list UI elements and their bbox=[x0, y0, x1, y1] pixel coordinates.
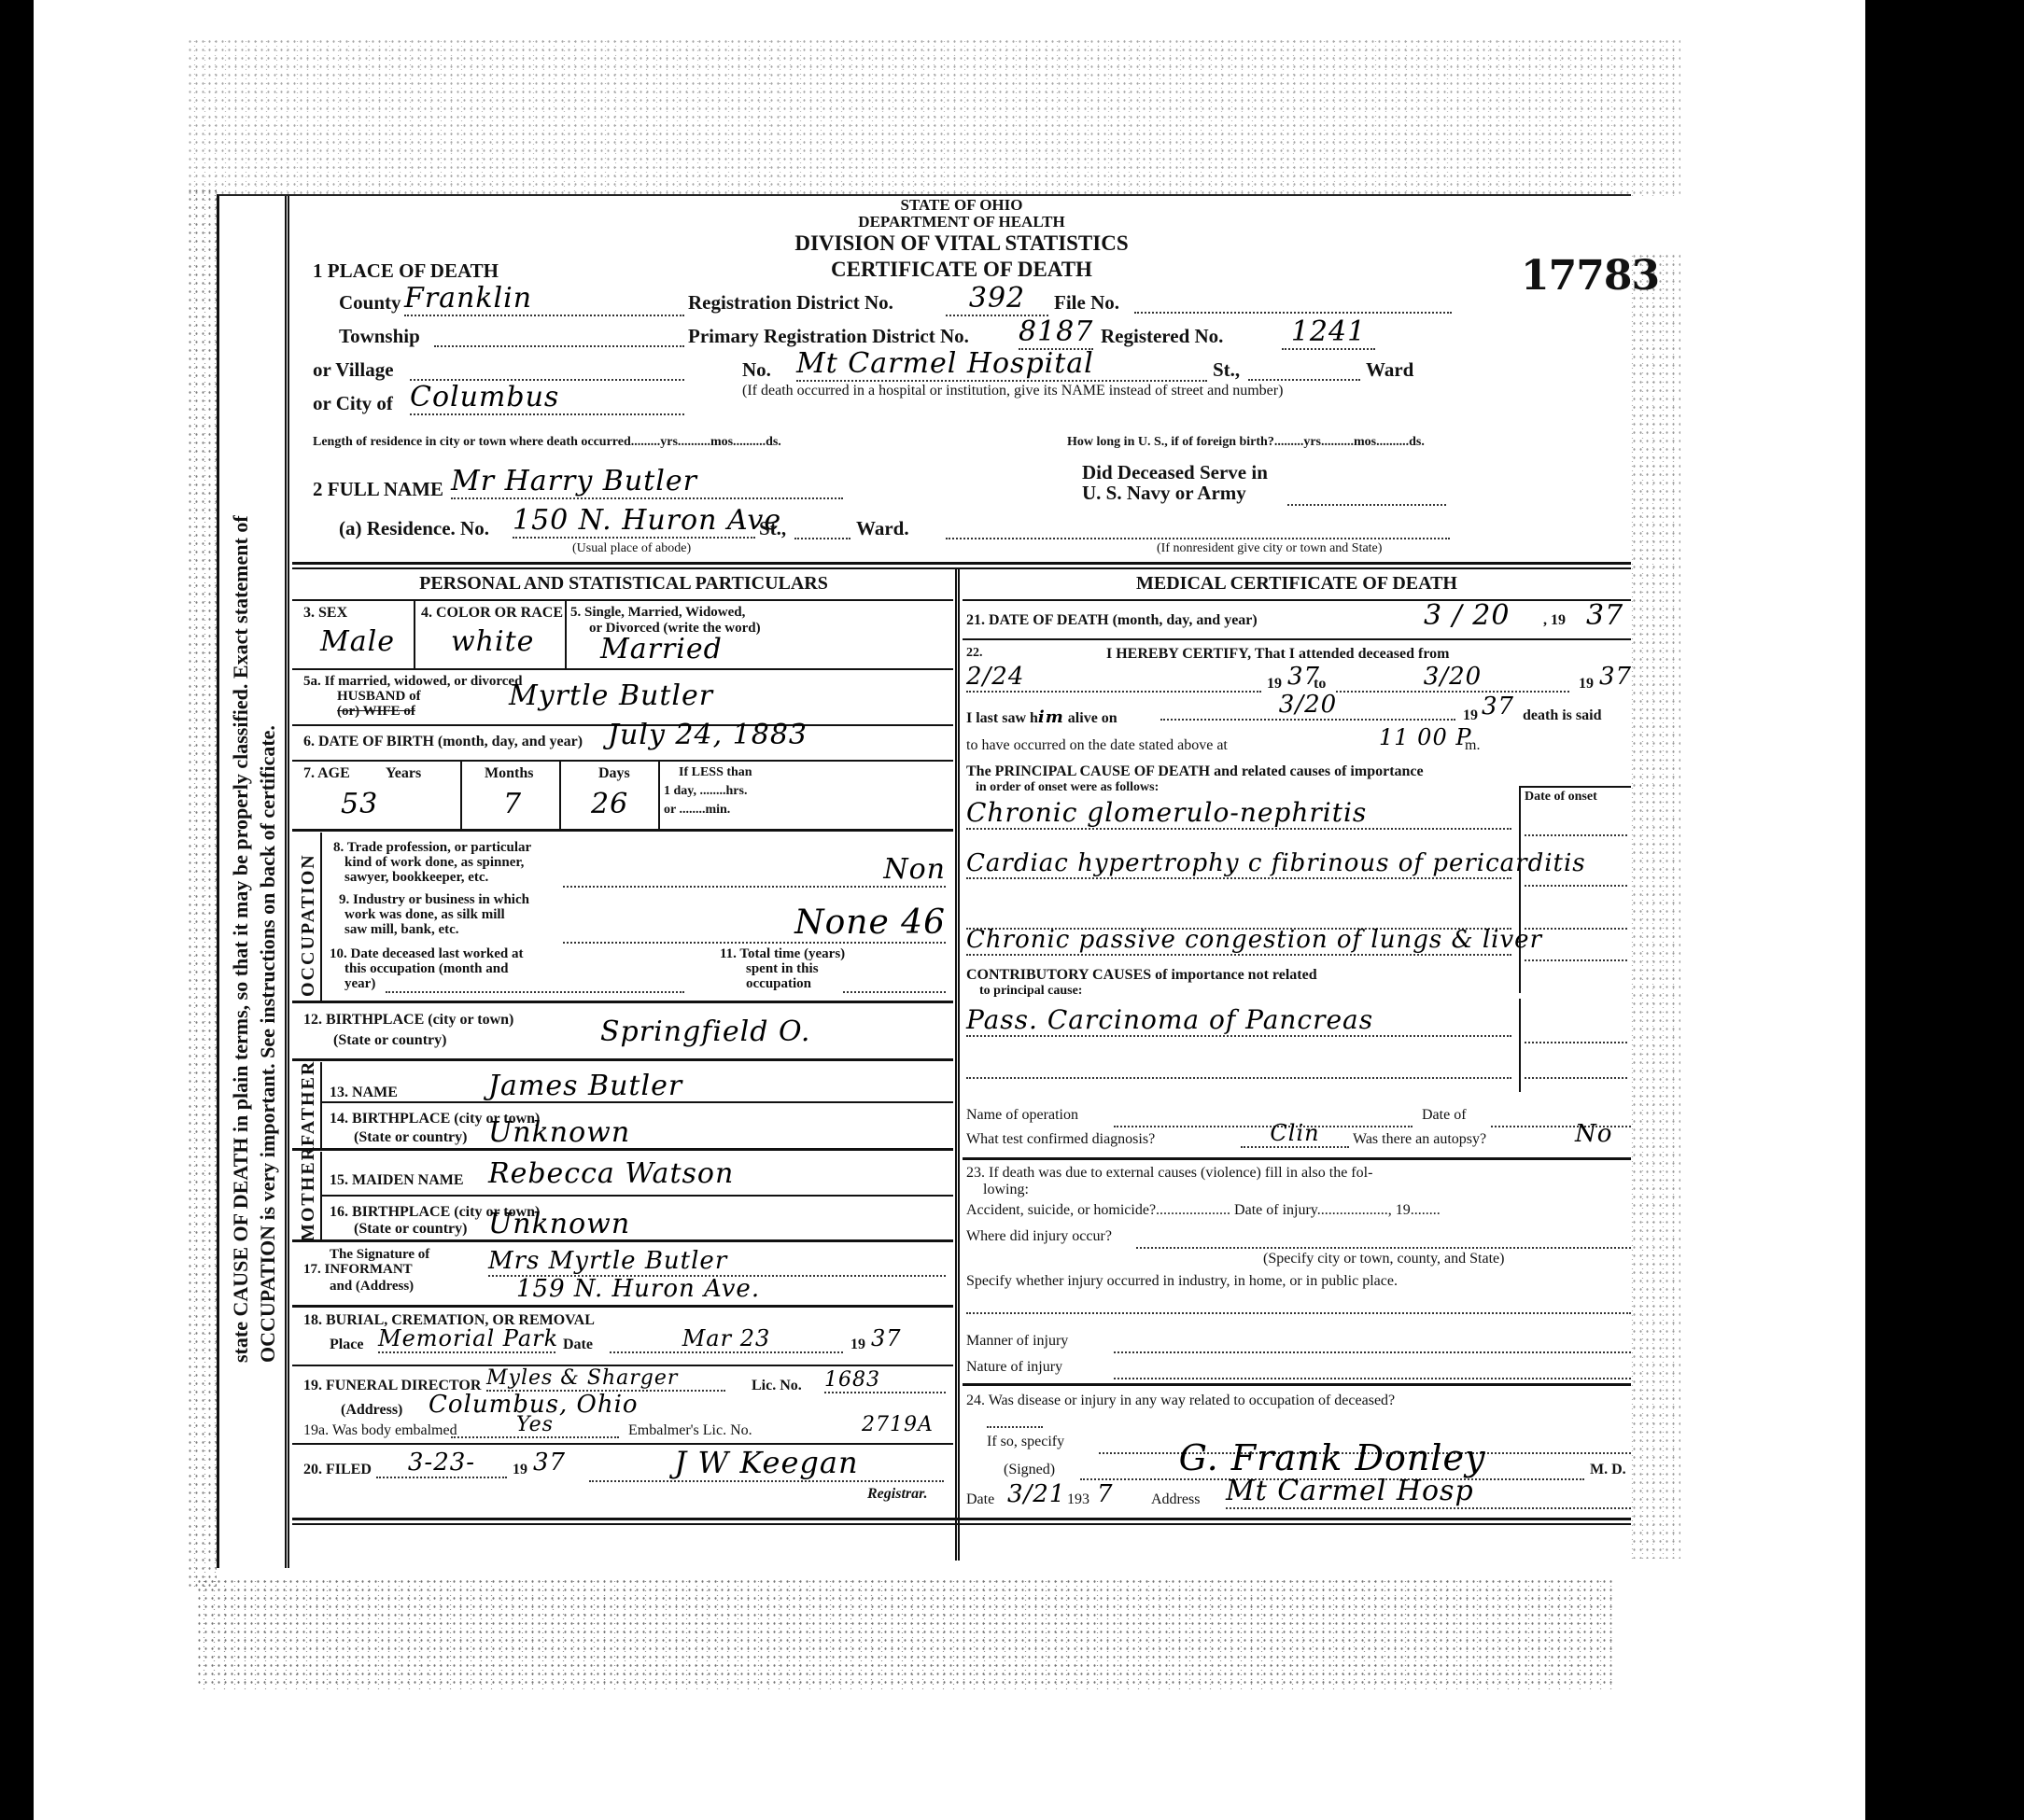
filed-label: 20. FILED bbox=[303, 1462, 372, 1478]
informant-label-1: The Signature of bbox=[330, 1247, 429, 1263]
death-certificate: state CAUSE OF DEATH in plain terms, so … bbox=[217, 194, 1631, 1568]
file-no-label: File No. bbox=[1054, 291, 1119, 315]
dod-year-value: 37 bbox=[1586, 599, 1623, 632]
accident-label: Accident, suicide, or homicide?.........… bbox=[966, 1202, 1441, 1219]
cert-date-year-prefix: 193 bbox=[1067, 1491, 1089, 1508]
principal-label-1: The PRINCIPAL CAUSE OF DEATH and related… bbox=[966, 763, 1424, 780]
trade-value: Non bbox=[563, 853, 946, 888]
specify-place-value bbox=[966, 1299, 1631, 1314]
external-label-1: 23. If death was due to external causes … bbox=[966, 1165, 1372, 1182]
attended-from: 2/24 bbox=[966, 663, 1261, 693]
foreign-birth-label: How long in U. S., if of foreign birth?.… bbox=[1067, 435, 1425, 450]
margin-instructions: state CAUSE OF DEATH in plain terms, so … bbox=[219, 196, 289, 1568]
residence-ward-value bbox=[794, 519, 850, 539]
cause-1: Chronic glomerulo-nephritis bbox=[966, 797, 1511, 830]
personal-section-title: PERSONAL AND STATISTICAL PARTICULARS bbox=[292, 573, 955, 595]
less-label-3: or ........min. bbox=[664, 803, 730, 818]
burial-place-value: Memorial Park bbox=[378, 1325, 555, 1353]
burial-year-value: 37 bbox=[871, 1325, 902, 1351]
informant-name: Mrs Myrtle Butler bbox=[488, 1247, 946, 1277]
total-time-label-3: occupation bbox=[746, 976, 811, 992]
registrar-signature: J W Keegan bbox=[589, 1445, 944, 1482]
filed-date: 3-23- bbox=[376, 1449, 507, 1478]
if-so-label: If so, specify bbox=[987, 1434, 1064, 1450]
certify-label: I HEREBY CERTIFY, That I attended deceas… bbox=[1106, 646, 1449, 663]
cert-date-value: 3/21 bbox=[1007, 1480, 1065, 1508]
township-value bbox=[434, 327, 684, 347]
dod-value: 3 / 20 bbox=[1424, 599, 1510, 632]
certificate-number: 17783 bbox=[1521, 252, 1659, 300]
city-label: or City of bbox=[313, 392, 393, 415]
last-saw-label: I last saw him alive on bbox=[966, 707, 1117, 727]
cause-3-onset bbox=[1525, 950, 1627, 961]
residence-value: 150 N. Huron Ave bbox=[513, 504, 755, 539]
trade-label-1: 8. Trade profession, or particular bbox=[333, 840, 531, 856]
specify-place-label: Specify whether injury occurred in indus… bbox=[966, 1273, 1398, 1290]
less-label-2: 1 day, ........hrs. bbox=[664, 784, 747, 799]
father-name-value: James Butler bbox=[488, 1070, 682, 1102]
time-value: 11 00 P bbox=[1379, 724, 1471, 750]
scan-noise-right bbox=[1624, 252, 1680, 1559]
last-saw-date: 3/20 bbox=[1160, 691, 1455, 721]
industry-value: None 46 bbox=[563, 903, 946, 944]
served-label-2: U. S. Navy or Army bbox=[1082, 482, 1246, 505]
abode-note: (Usual place of abode) bbox=[572, 541, 691, 556]
full-name-label: 2 FULL NAME bbox=[313, 478, 443, 501]
filed-year-prefix: 19 bbox=[513, 1462, 527, 1478]
spouse-label-2: HUSBAND of bbox=[337, 689, 421, 705]
residence-length-label: Length of residence in city or town wher… bbox=[313, 435, 781, 450]
funeral-director-value: Myles & Sharger bbox=[486, 1366, 725, 1392]
street-no-label: No. bbox=[742, 358, 771, 382]
total-time-value bbox=[843, 978, 946, 993]
nonresident-value bbox=[946, 519, 1450, 539]
residence-st-label: St., bbox=[759, 517, 786, 540]
age-days-value: 26 bbox=[591, 788, 628, 820]
age-label: 7. AGE bbox=[303, 765, 350, 782]
nature-label: Nature of injury bbox=[966, 1359, 1062, 1376]
where-note: (Specify city or town, county, and State… bbox=[1263, 1251, 1504, 1267]
contributory-label-2: to principal cause: bbox=[979, 984, 1082, 999]
industry-label-3: saw mill, bank, etc. bbox=[344, 922, 459, 938]
manner-label: Manner of injury bbox=[966, 1333, 1068, 1350]
attended-to: 3/20 bbox=[1336, 663, 1569, 693]
mother-maiden-label: 15. MAIDEN NAME bbox=[330, 1172, 464, 1189]
margin-line-2: OCCUPATION is very important. See instru… bbox=[254, 19, 281, 1363]
operation-label: Name of operation bbox=[966, 1107, 1078, 1124]
burial-place-label: Place bbox=[330, 1337, 363, 1353]
place-ward-label: Ward bbox=[1366, 358, 1413, 382]
cause-2-onset bbox=[1525, 875, 1627, 887]
industry-label-2: work was done, as silk mill bbox=[344, 907, 505, 923]
months-label: Months bbox=[485, 765, 533, 782]
registered-no-label: Registered No. bbox=[1101, 325, 1223, 348]
less-label-1: If LESS than bbox=[679, 765, 752, 780]
county-value: Franklin bbox=[404, 282, 684, 316]
last-worked-value bbox=[386, 978, 684, 993]
contributory-label-1: CONTRIBUTORY CAUSES of importance not re… bbox=[966, 967, 1317, 984]
scan-noise-bottom bbox=[196, 1577, 1615, 1689]
nonresident-note: (If nonresident give city or town and St… bbox=[1157, 541, 1382, 556]
principal-label-2: in order of onset were as follows: bbox=[976, 780, 1159, 795]
informant-label-2: 17. INFORMANT bbox=[303, 1262, 413, 1278]
registrar-label: Registrar. bbox=[867, 1486, 927, 1503]
age-years-value: 53 bbox=[341, 788, 378, 820]
township-label: Township bbox=[339, 325, 420, 348]
onset-label: Date of onset bbox=[1525, 790, 1597, 805]
occupation-related-label: 24. Was disease or injury in any way rel… bbox=[966, 1393, 1395, 1409]
spouse-label-3: (or) WIFE of bbox=[337, 704, 415, 720]
cert-date-label: Date bbox=[966, 1491, 994, 1508]
sex-label: 3. SEX bbox=[303, 605, 347, 622]
registered-no-value: 1241 bbox=[1282, 315, 1375, 350]
embalmed-value: Yes bbox=[451, 1413, 619, 1438]
death-said-label: death is said bbox=[1523, 707, 1601, 724]
father-side-label: FATHER bbox=[298, 1060, 319, 1146]
residence-ward-label: Ward. bbox=[856, 517, 909, 540]
full-name-value: Mr Harry Butler bbox=[451, 465, 843, 499]
cause-3: Chronic passive congestion of lungs & li… bbox=[966, 926, 1511, 956]
operation-date-label: Date of bbox=[1422, 1107, 1467, 1124]
burial-year-prefix: 19 bbox=[850, 1337, 865, 1353]
contributory-value: Pass. Carcinoma of Pancreas bbox=[966, 1004, 1511, 1037]
where-label: Where did injury occur? bbox=[966, 1228, 1112, 1245]
attended-to-year-prefix: 19 bbox=[1579, 676, 1594, 693]
mother-birthplace-value: Unknown bbox=[488, 1208, 630, 1240]
burial-date-value: Mar 23 bbox=[610, 1325, 843, 1353]
registration-district-label: Registration District No. bbox=[688, 291, 893, 315]
scan-noise-left bbox=[187, 187, 217, 1587]
city-value: Columbus bbox=[410, 381, 684, 415]
dob-label: 6. DATE OF BIRTH (month, day, and year) bbox=[303, 734, 583, 750]
certify-num: 22. bbox=[966, 646, 983, 661]
mother-maiden-value: Rebecca Watson bbox=[488, 1157, 734, 1190]
days-label: Days bbox=[598, 765, 630, 782]
cert-address-value: Mt Carmel Hosp bbox=[1226, 1475, 1631, 1509]
department-heading: DEPARTMENT OF HEALTH bbox=[292, 213, 1631, 231]
test-value: Clin bbox=[1241, 1120, 1349, 1148]
dob-value: July 24, 1883 bbox=[608, 719, 808, 751]
embalmer-lic-value: 2719A bbox=[862, 1413, 934, 1436]
scan-noise-top bbox=[187, 37, 1680, 196]
race-label: 4. COLOR OR RACE bbox=[421, 605, 563, 622]
years-label: Years bbox=[386, 765, 421, 782]
mother-side-label: MOTHER bbox=[298, 1145, 319, 1241]
informant-address: 159 N. Huron Ave. bbox=[516, 1275, 760, 1303]
primary-district-value: 8187 bbox=[1019, 315, 1093, 350]
father-name-label: 13. NAME bbox=[330, 1085, 398, 1101]
place-ward-value bbox=[1248, 360, 1360, 381]
autopsy-label: Was there an autopsy? bbox=[1353, 1131, 1486, 1148]
external-label-2: lowing: bbox=[983, 1182, 1029, 1198]
medical-section-title: MEDICAL CERTIFICATE OF DEATH bbox=[963, 573, 1631, 595]
trade-label-3: sawyer, bookkeeper, etc. bbox=[344, 870, 488, 886]
place-of-death-label: 1 PLACE OF DEATH bbox=[313, 259, 499, 283]
marital-value: Married bbox=[600, 633, 723, 665]
cause-1-onset bbox=[1525, 825, 1627, 836]
age-months-value: 7 bbox=[503, 788, 522, 820]
attended-to-year: 37 bbox=[1599, 663, 1632, 691]
burial-date-label: Date bbox=[563, 1337, 593, 1353]
embalmer-lic-label: Embalmer's Lic. No. bbox=[628, 1422, 752, 1439]
cert-address-label: Address bbox=[1151, 1491, 1200, 1508]
industry-label-1: 9. Industry or business in which bbox=[339, 892, 529, 908]
birthplace-value: Springfield O. bbox=[600, 1015, 810, 1048]
margin-line-1: state CAUSE OF DEATH in plain terms, so … bbox=[227, 19, 254, 1363]
village-label: or Village bbox=[313, 358, 394, 382]
funeral-lic-label: Lic. No. bbox=[752, 1378, 802, 1394]
time-label: to have occurred on the date stated abov… bbox=[966, 737, 1228, 754]
scan-black-edge-right bbox=[1865, 0, 2024, 1820]
served-value bbox=[1287, 485, 1446, 506]
birthplace-label-2: (State or country) bbox=[333, 1032, 446, 1049]
last-worked-label-2: this occupation (month and bbox=[344, 961, 508, 977]
race-value: white bbox=[451, 625, 534, 658]
total-time-label-2: spent in this bbox=[746, 961, 819, 977]
funeral-address-label: (Address) bbox=[341, 1402, 402, 1419]
birthplace-label-1: 12. BIRTHPLACE (city or town) bbox=[303, 1012, 513, 1029]
total-time-label-1: 11. Total time (years) bbox=[720, 946, 845, 962]
spouse-label-1: 5a. If married, widowed, or divorced bbox=[303, 674, 522, 690]
last-saw-year-prefix: 19 bbox=[1463, 707, 1478, 724]
mother-birthplace-label-2: (State or country) bbox=[354, 1221, 467, 1238]
informant-label-3: and (Address) bbox=[330, 1279, 414, 1295]
last-worked-label-3: year) bbox=[344, 976, 375, 992]
registration-district-value: 392 bbox=[946, 282, 1048, 316]
street-label: St., bbox=[1213, 358, 1240, 382]
village-value bbox=[410, 360, 684, 381]
cert-date-year: 7 bbox=[1097, 1480, 1114, 1508]
embalmed-label: 19a. Was body embalmed bbox=[303, 1422, 457, 1439]
file-no-value bbox=[1134, 293, 1452, 314]
last-worked-label-1: 10. Date deceased last worked at bbox=[330, 946, 523, 962]
signed-label: (Signed) bbox=[1004, 1462, 1055, 1478]
trade-label-2: kind of work done, as spinner, bbox=[344, 855, 524, 871]
residence-label: (a) Residence. No. bbox=[339, 517, 489, 540]
nature-value bbox=[1114, 1361, 1631, 1379]
marital-label-1: 5. Single, Married, Widowed, bbox=[570, 605, 745, 621]
father-birthplace-label-2: (State or country) bbox=[354, 1129, 467, 1146]
autopsy-value: No bbox=[1575, 1120, 1612, 1148]
occupation-side-label: OCCUPATION bbox=[298, 853, 319, 997]
father-birthplace-value: Unknown bbox=[488, 1116, 630, 1149]
county-label: County bbox=[339, 291, 401, 315]
primary-district-label: Primary Registration District No. bbox=[688, 325, 969, 348]
last-saw-year: 37 bbox=[1482, 693, 1514, 721]
dod-label: 21. DATE OF DEATH (month, day, and year) bbox=[966, 612, 1258, 629]
manner-value bbox=[1114, 1335, 1631, 1353]
where-value bbox=[1136, 1230, 1631, 1249]
certificate-form: STATE OF OHIO DEPARTMENT OF HEALTH DIVIS… bbox=[292, 196, 1631, 1568]
dod-year-prefix: , 19 bbox=[1543, 612, 1566, 629]
time-suffix: m. bbox=[1465, 737, 1480, 754]
filed-year: 37 bbox=[533, 1449, 566, 1477]
funeral-lic-value: 1683 bbox=[824, 1368, 946, 1393]
scan-black-edge-left bbox=[0, 0, 34, 1820]
institution-value: Mt Carmel Hospital bbox=[796, 347, 1207, 382]
spouse-value: Myrtle Butler bbox=[509, 679, 713, 712]
division-heading: DIVISION OF VITAL STATISTICS bbox=[292, 231, 1631, 256]
institution-note: (If death occurred in a hospital or inst… bbox=[742, 383, 1283, 399]
state-heading: STATE OF OHIO bbox=[292, 196, 1631, 215]
sex-value: Male bbox=[320, 625, 395, 658]
test-label: What test confirmed diagnosis? bbox=[966, 1131, 1155, 1148]
cause-2: Cardiac hypertrophy c fibrinous of peric… bbox=[966, 849, 1511, 879]
